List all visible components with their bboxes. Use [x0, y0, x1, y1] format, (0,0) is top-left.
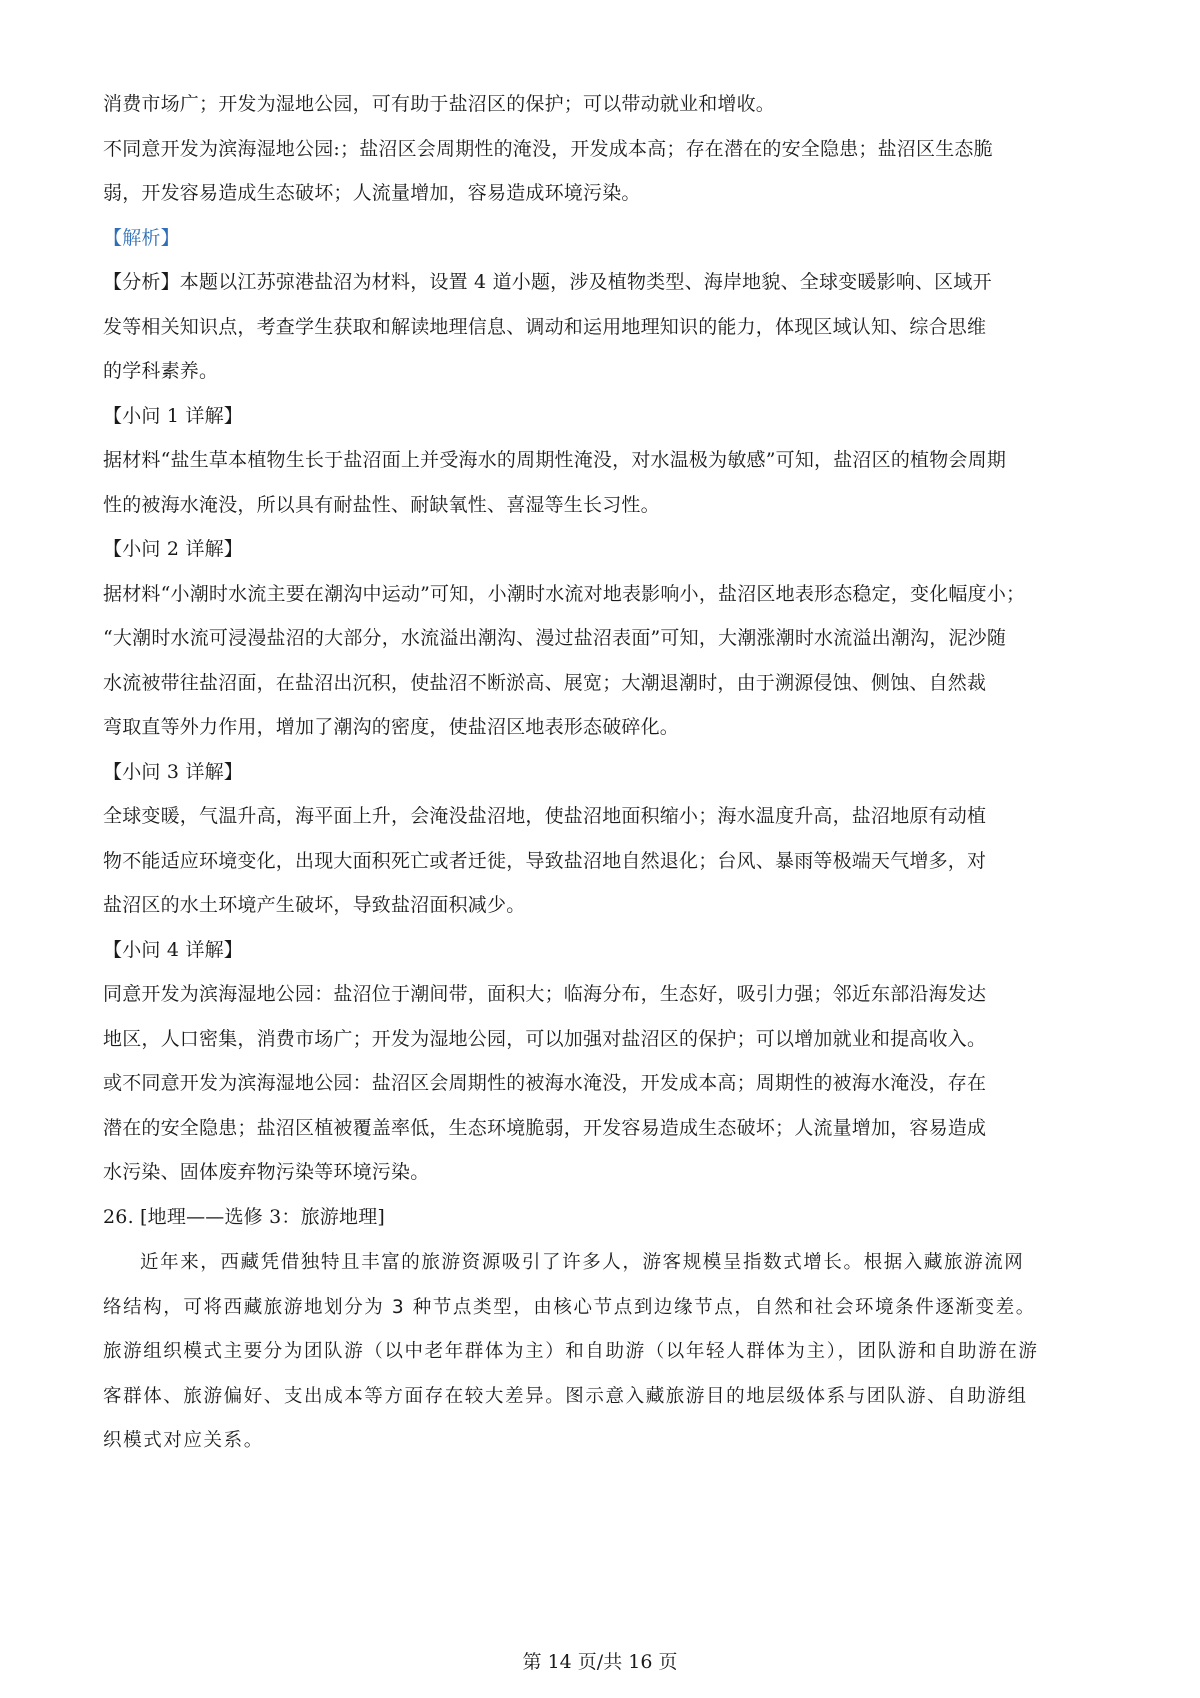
subquestion-4-text-line: 潜在的安全隐患；盐沼区植被覆盖率低，生态环境脆弱，开发容易造成生态破坏；人流量增…: [103, 1116, 1103, 1140]
answer-text-line: 消费市场广；开发为湿地公园，可有助于盐沼区的保护；可以带动就业和增收。: [103, 92, 1103, 116]
answer-text-line: 不同意开发为滨海湿地公园:；盐沼区会周期性的淹没，开发成本高；存在潜在的安全隐患…: [103, 137, 1103, 161]
passage-line: 络结构，可将西藏旅游地划分为 3 种节点类型，由核心节点到边缘节点，自然和社会环…: [103, 1296, 1103, 1320]
answer-text-line: 弱，开发容易造成生态破坏；人流量增加，容易造成环境污染。: [103, 181, 1103, 205]
subquestion-1-heading: 【小问 1 详解】: [103, 404, 1103, 428]
subquestion-4-text-line: 水污染、固体废弃物污染等环境污染。: [103, 1160, 1103, 1184]
subquestion-2-text-line: “大潮时水流可浸漫盐沼的大部分，水流溢出潮沟、漫过盐沼表面”可知，大潮涨潮时水流…: [103, 626, 1103, 650]
subquestion-4-text-line: 或不同意开发为滨海湿地公园：盐沼区会周期性的被海水淹没，开发成本高；周期性的被海…: [103, 1071, 1103, 1095]
passage-line: 客群体、旅游偏好、支出成本等方面存在较大差异。图示意入藏旅游目的地层级体系与团队…: [103, 1385, 1103, 1409]
subquestion-2-heading: 【小问 2 详解】: [103, 537, 1103, 561]
page-number-footer: 第 14 页/共 16 页: [0, 1650, 1200, 1674]
analysis-text-line: 【分析】本题以江苏弶港盐沼为材料，设置 4 道小题，涉及植物类型、海岸地貌、全球…: [103, 270, 1103, 294]
subquestion-2-text-line: 弯取直等外力作用，增加了潮沟的密度，使盐沼区地表形态破碎化。: [103, 715, 1103, 739]
subquestion-3-text-line: 物不能适应环境变化，出现大面积死亡或者迁徙，导致盐沼地自然退化；台风、暴雨等极端…: [103, 849, 1103, 873]
passage-line: 织模式对应关系。: [103, 1429, 1103, 1453]
subquestion-1-text-line: 性的被海水淹没，所以具有耐盐性、耐缺氧性、喜湿等生长习性。: [103, 493, 1103, 517]
subquestion-2-text-line: 据材料“小潮时水流主要在潮沟中运动”可知，小潮时水流对地表影响小，盐沼区地表形态…: [103, 582, 1103, 606]
document-page: 消费市场广；开发为湿地公园，可有助于盐沼区的保护；可以带动就业和增收。 不同意开…: [0, 0, 1200, 1698]
passage-line: 旅游组织模式主要分为团队游（以中老年群体为主）和自助游（以年轻人群体为主），团队…: [103, 1340, 1103, 1364]
subquestion-4-text-line: 同意开发为滨海湿地公园：盐沼位于潮间带，面积大；临海分布，生态好，吸引力强；邻近…: [103, 982, 1103, 1006]
analysis-text-line: 发等相关知识点，考查学生获取和解读地理信息、调动和运用地理知识的能力，体现区域认…: [103, 315, 1103, 339]
subquestion-4-text-line: 地区，人口密集，消费市场广；开发为湿地公园，可以加强对盐沼区的保护；可以增加就业…: [103, 1027, 1103, 1051]
subquestion-3-text-line: 盐沼区的水土环境产生破坏，导致盐沼面积减少。: [103, 893, 1103, 917]
subquestion-2-text-line: 水流被带往盐沼面，在盐沼出沉积，使盐沼不断淤高、展宽；大潮退潮时，由于溯源侵蚀、…: [103, 671, 1103, 695]
subquestion-3-text-line: 全球变暖，气温升高，海平面上升，会淹没盐沼地，使盐沼地面积缩小；海水温度升高，盐…: [103, 804, 1103, 828]
subquestion-1-text-line: 据材料“盐生草本植物生长于盐沼面上并受海水的周期性淹没，对水温极为敏感”可知，盐…: [103, 448, 1103, 472]
question-26-title: 26. [地理——选修 3：旅游地理]: [103, 1205, 1103, 1229]
subquestion-4-heading: 【小问 4 详解】: [103, 938, 1103, 962]
subquestion-3-heading: 【小问 3 详解】: [103, 760, 1103, 784]
analysis-heading: 【解析】: [103, 226, 1103, 250]
analysis-text-line: 的学科素养。: [103, 359, 1103, 383]
passage-line: 近年来，西藏凭借独特且丰富的旅游资源吸引了许多人，游客规模呈指数式增长。根据入藏…: [140, 1251, 1140, 1275]
